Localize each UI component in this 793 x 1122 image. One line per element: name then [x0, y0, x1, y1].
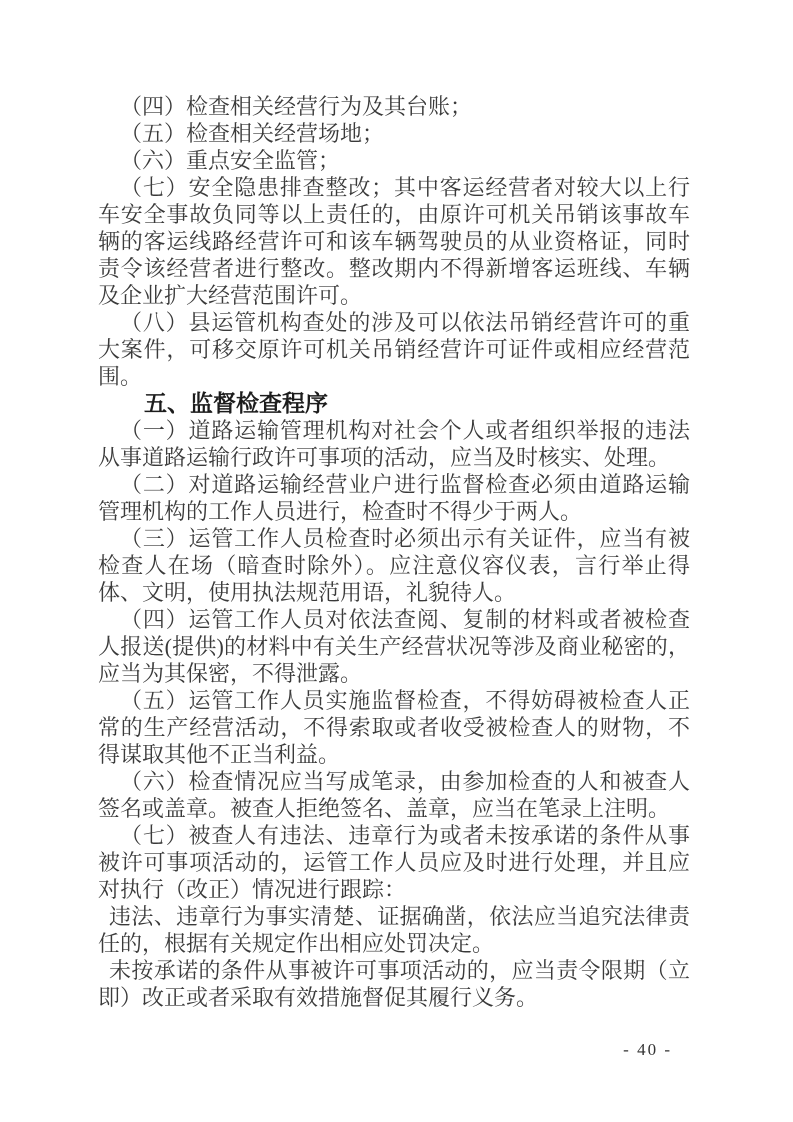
para-penalty-decision: 违法、违章行为事实清楚、证据确凿，依法应当追究法律责任的，根据有关规定作出相应处…	[98, 903, 690, 957]
clause-5-inspect-premises: （五）检查相关经营场地；	[98, 120, 690, 147]
clause-7-hazard-rectification: （七）安全隐患排查整改；其中客运经营者对较大以上行车安全事故负同等以上责任的，由…	[98, 174, 690, 309]
document-body: （四）检查相关经营行为及其台账； （五）检查相关经营场地； （六）重点安全监管；…	[98, 93, 690, 1011]
proc-1-reports-verify: （一）道路运输管理机构对社会个人或者组织举报的违法从事道路运输行政许可事项的活动…	[98, 417, 690, 471]
proc-6-written-record: （六）检查情况应当写成笔录，由参加检查的人和被查人签名或盖章。被查人拒绝签名、盖…	[98, 768, 690, 822]
clause-4-inspect-accounts: （四）检查相关经营行为及其台账；	[98, 93, 690, 120]
para-order-rectification: 未按承诺的条件从事被许可事项活动的，应当责令限期（立即）改正或者采取有效措施督促…	[98, 957, 690, 1011]
proc-7-violations-handling: （七）被查人有违法、违章行为或者未按承诺的条件从事被许可事项活动的，运管工作人员…	[98, 822, 690, 903]
clause-8-major-cases: （八）县运管机构查处的涉及可以依法吊销经营许可的重大案件，可移交原许可机关吊销经…	[98, 309, 690, 390]
clause-6-key-safety: （六）重点安全监管；	[98, 147, 690, 174]
proc-5-no-interference: （五）运管工作人员实施监督检查，不得妨碍被检查人正常的生产经营活动，不得索取或者…	[98, 687, 690, 768]
proc-3-show-credentials: （三）运管工作人员检查时必须出示有关证件，应当有被检查人在场（暗查时除外）。应注…	[98, 525, 690, 606]
section-heading-procedures: 五、监督检查程序	[98, 390, 690, 417]
document-page: （四）检查相关经营行为及其台账； （五）检查相关经营场地； （六）重点安全监管；…	[0, 0, 793, 1122]
proc-2-two-staff: （二）对道路运输经营业户进行监督检查必须由道路运输管理机构的工作人员进行，检查时…	[98, 471, 690, 525]
page-number: - 40 -	[623, 1040, 672, 1060]
proc-4-confidentiality: （四）运管工作人员对依法查阅、复制的材料或者被检查人报送(提供)的材料中有关生产…	[98, 606, 690, 687]
